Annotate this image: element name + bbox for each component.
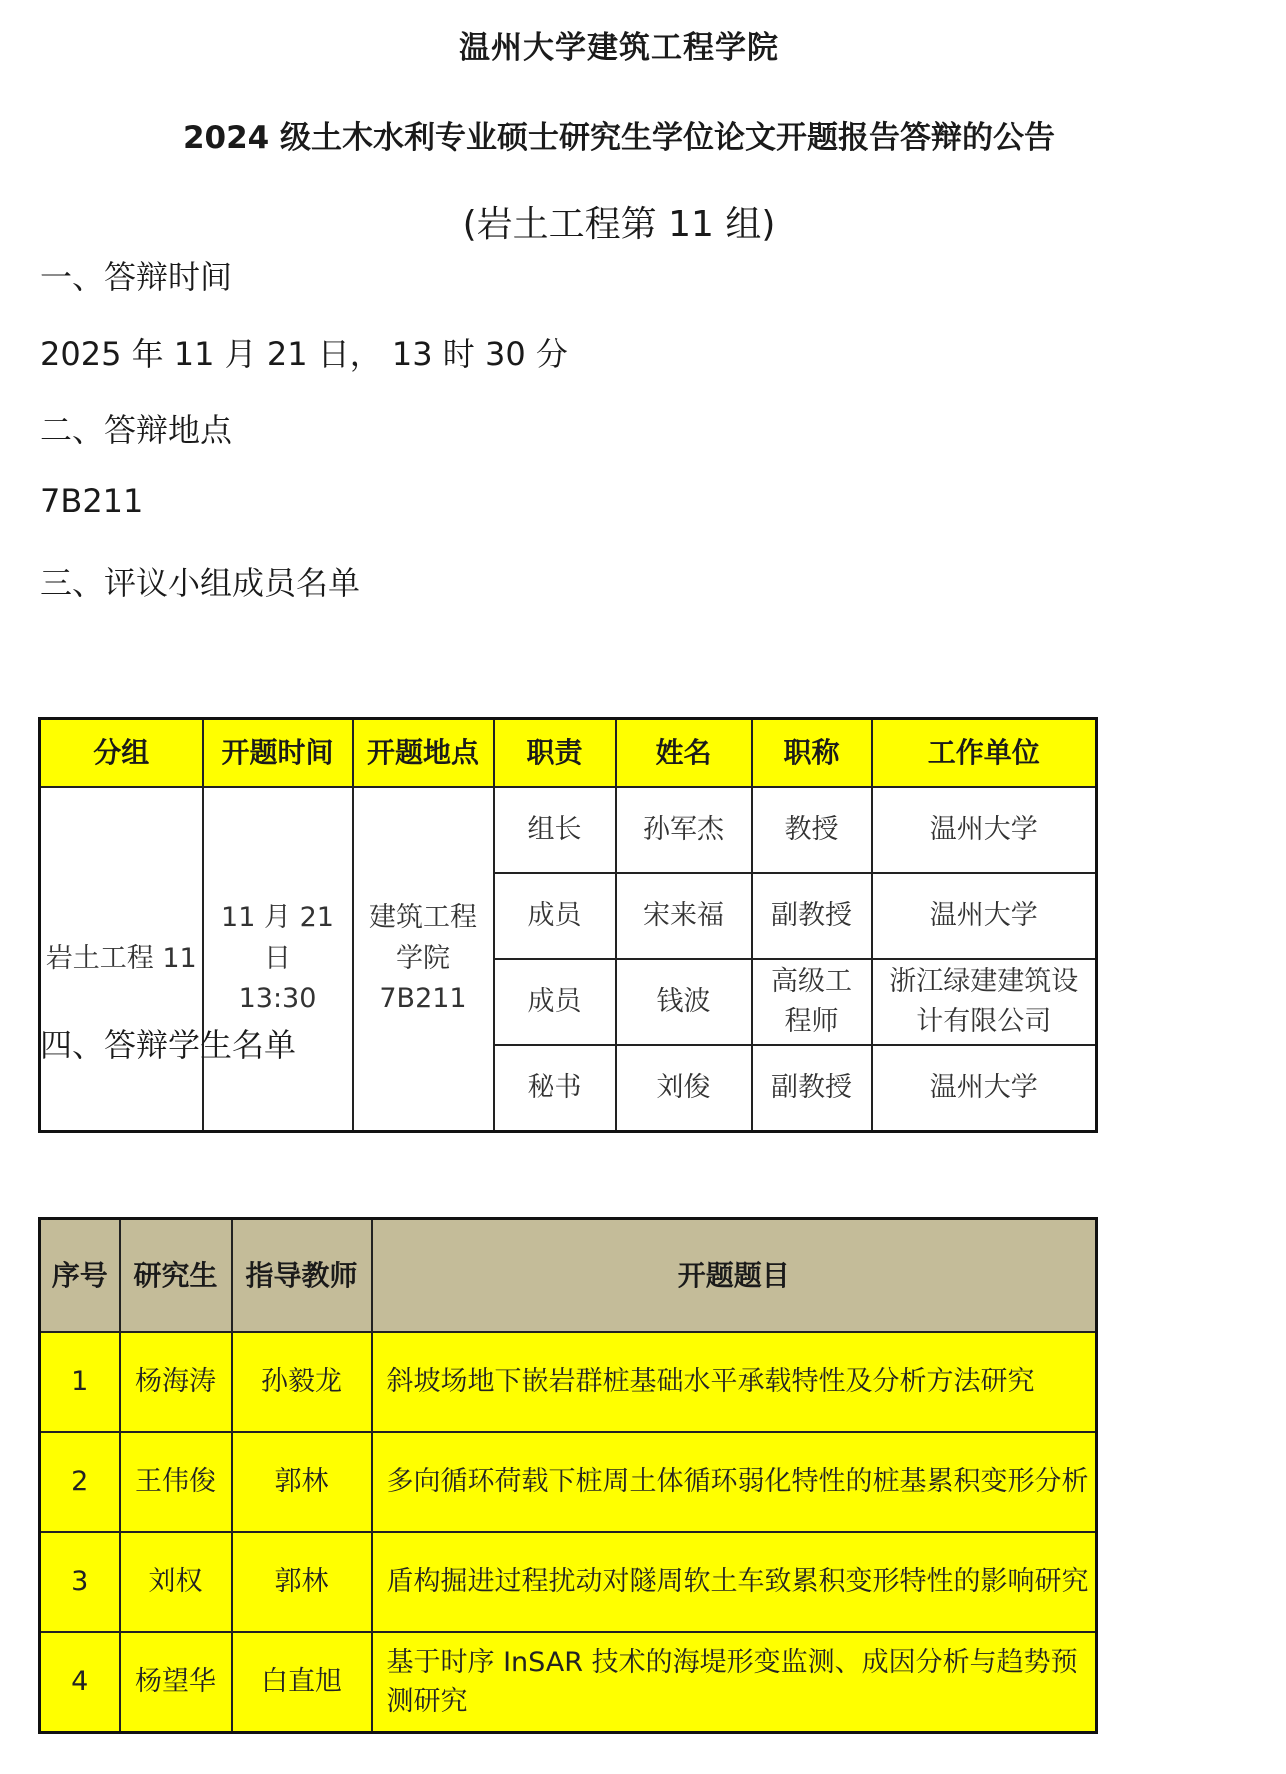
col-header-topic: 开题题目 [372, 1219, 1097, 1333]
advisor-name: 孙毅龙 [232, 1332, 372, 1432]
col-header-title: 职称 [752, 719, 872, 788]
students-header-row: 序号 研究生 指导教师 开题题目 [40, 1219, 1097, 1333]
col-header-unit: 工作单位 [872, 719, 1097, 788]
time-cell: 11 月 21 日 13:30 [203, 787, 353, 1132]
member-role: 秘书 [494, 1045, 616, 1132]
place-line-1: 建筑工程 [354, 898, 493, 939]
col-header-group: 分组 [40, 719, 203, 788]
member-title: 高级工程师 [752, 959, 872, 1045]
defense-time: 2025 年 11 月 21 日， 13 时 30 分 [40, 329, 568, 375]
group-subtitle: (岩土工程第 11 组) [0, 196, 1238, 247]
col-header-student: 研究生 [120, 1219, 232, 1333]
member-role: 组长 [494, 787, 616, 873]
section-heading-committee: 三、评议小组成员名单 [40, 558, 360, 604]
advisor-name: 白直旭 [232, 1632, 372, 1733]
member-name: 刘俊 [616, 1045, 752, 1132]
col-header-place: 开题地点 [353, 719, 494, 788]
student-row: 2 王伟俊 郭林 多向循环荷载下桩周土体循环弱化特性的桩基累积变形分析 [40, 1432, 1097, 1532]
member-unit: 温州大学 [872, 873, 1097, 959]
defense-place: 7B211 [40, 482, 143, 520]
institution-title: 温州大学建筑工程学院 [0, 22, 1238, 67]
student-row: 4 杨望华 白直旭 基于时序 InSAR 技术的海堤形变监测、成因分析与趋势预测… [40, 1632, 1097, 1733]
member-name: 钱波 [616, 959, 752, 1045]
student-row: 1 杨海涛 孙毅龙 斜坡场地下嵌岩群桩基础水平承载特性及分析方法研究 [40, 1332, 1097, 1432]
row-number: 2 [40, 1432, 120, 1532]
col-header-number: 序号 [40, 1219, 120, 1333]
place-line-2: 学院 [354, 939, 493, 980]
member-role: 成员 [494, 873, 616, 959]
students-table: 序号 研究生 指导教师 开题题目 1 杨海涛 孙毅龙 斜坡场地下嵌岩群桩基础水平… [38, 1217, 1098, 1734]
committee-table: 分组 开题时间 开题地点 职责 姓名 职称 工作单位 岩土工程 11 11 月 … [38, 717, 1098, 1133]
col-header-role: 职责 [494, 719, 616, 788]
col-header-name: 姓名 [616, 719, 752, 788]
thesis-topic: 基于时序 InSAR 技术的海堤形变监测、成因分析与趋势预测研究 [372, 1632, 1097, 1733]
member-title: 副教授 [752, 873, 872, 959]
member-unit: 温州大学 [872, 787, 1097, 873]
row-number: 3 [40, 1532, 120, 1632]
thesis-topic: 多向循环荷载下桩周土体循环弱化特性的桩基累积变形分析 [372, 1432, 1097, 1532]
advisor-name: 郭林 [232, 1532, 372, 1632]
member-title: 副教授 [752, 1045, 872, 1132]
announcement-title: 2024 级土木水利专业硕士研究生学位论文开题报告答辩的公告 [0, 112, 1238, 157]
place-line-3: 7B211 [354, 979, 493, 1020]
section-heading-place: 二、答辩地点 [40, 405, 232, 451]
student-name: 杨海涛 [120, 1332, 232, 1432]
place-cell: 建筑工程 学院 7B211 [353, 787, 494, 1132]
member-unit: 浙江绿建建筑设计有限公司 [872, 959, 1097, 1045]
row-number: 4 [40, 1632, 120, 1733]
student-name: 王伟俊 [120, 1432, 232, 1532]
group-cell: 岩土工程 11 [40, 787, 203, 1132]
committee-row: 岩土工程 11 11 月 21 日 13:30 建筑工程 学院 7B211 组长… [40, 787, 1097, 873]
section-heading-students: 四、答辩学生名单 [40, 1020, 296, 1066]
row-number: 1 [40, 1332, 120, 1432]
student-name: 杨望华 [120, 1632, 232, 1733]
section-heading-time: 一、答辩时间 [40, 252, 232, 298]
member-name: 宋来福 [616, 873, 752, 959]
committee-header-row: 分组 开题时间 开题地点 职责 姓名 职称 工作单位 [40, 719, 1097, 788]
member-name: 孙军杰 [616, 787, 752, 873]
thesis-topic: 盾构掘进过程扰动对隧周软土车致累积变形特性的影响研究 [372, 1532, 1097, 1632]
time-date: 11 月 21 日 [204, 898, 352, 979]
student-row: 3 刘权 郭林 盾构掘进过程扰动对隧周软土车致累积变形特性的影响研究 [40, 1532, 1097, 1632]
time-clock: 13:30 [204, 979, 352, 1020]
advisor-name: 郭林 [232, 1432, 372, 1532]
member-role: 成员 [494, 959, 616, 1045]
thesis-topic: 斜坡场地下嵌岩群桩基础水平承载特性及分析方法研究 [372, 1332, 1097, 1432]
col-header-time: 开题时间 [203, 719, 353, 788]
col-header-advisor: 指导教师 [232, 1219, 372, 1333]
member-title: 教授 [752, 787, 872, 873]
student-name: 刘权 [120, 1532, 232, 1632]
member-unit: 温州大学 [872, 1045, 1097, 1132]
